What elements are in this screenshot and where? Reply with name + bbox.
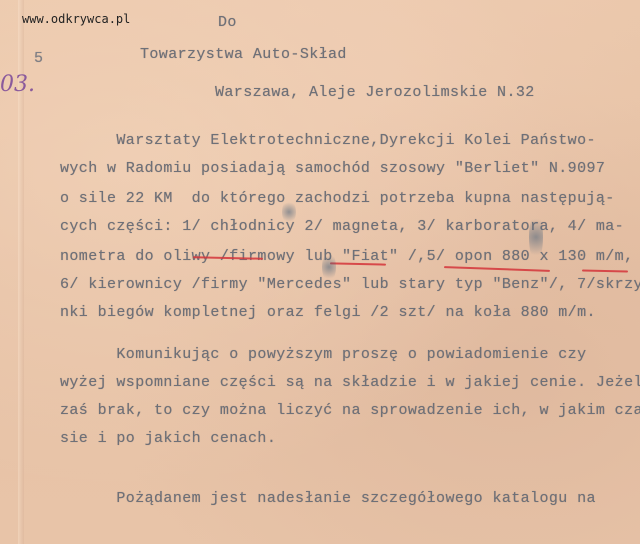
body-line: 6/ kierownicy /firmy "Mercedes" lub star… [60,276,640,293]
address-company: Towarzystwa Auto-Skład [140,46,347,63]
page-number: 5 [34,50,43,67]
handwritten-mark: 03. [0,72,35,97]
red-underline-ma [582,270,628,273]
body-line: Pożądanem jest nadesłanie szczegółowego … [60,490,596,507]
watermark: www.odkrywca.pl [22,12,130,26]
body-line: sie i po jakich cenach. [60,430,276,447]
body-line: nki biegów kompletnej oraz felgi /2 szt/… [60,304,596,321]
ink-smudge [529,212,543,262]
body-line: Warsztaty Elektrotechniczne,Dyrekcji Kol… [60,132,596,149]
red-underline-magneta [330,262,386,265]
address-street: Warszawa, Aleje Jerozolimskie N.32 [215,84,535,101]
red-underline-karboratora [444,266,550,272]
ink-smudge [282,200,296,224]
body-line: wyżej wspomniane części są na składzie i… [60,374,640,391]
body-line: wych w Radomiu posiadają samochód szosow… [60,160,605,177]
body-line: o sile 22 KM do którego zachodzi potrzeb… [60,190,615,207]
body-line: Komunikując o powyższym proszę o powiado… [60,346,586,363]
body-line: zaś brak, to czy można liczyć na sprowad… [60,402,640,419]
ink-smudge [322,252,336,282]
address-to: Do [218,14,237,31]
